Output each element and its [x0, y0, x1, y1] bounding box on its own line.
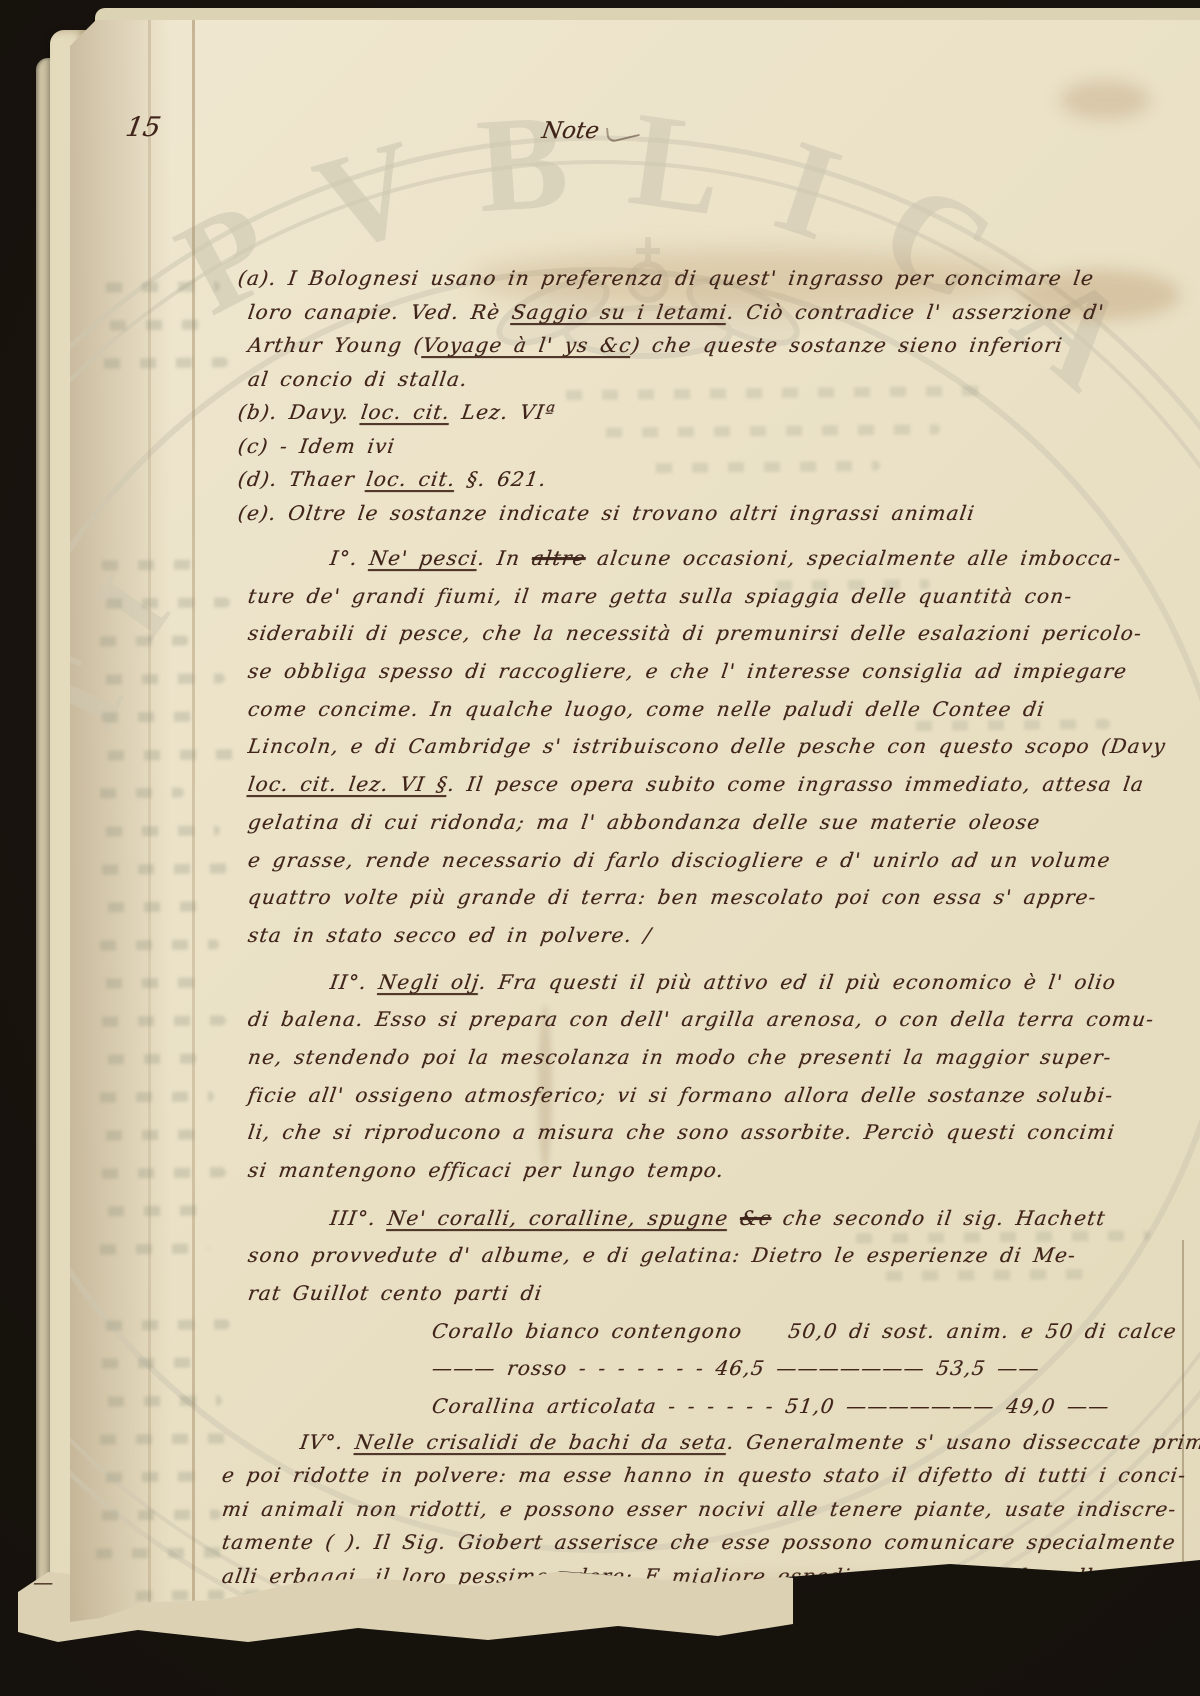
- text-segment: III°.: [328, 1206, 389, 1230]
- text-segment: Arthur Young (: [246, 333, 424, 357]
- bleed-through-line: [94, 636, 189, 647]
- text-segment: altre: [530, 546, 587, 570]
- text-line: si mantengono efficaci per lungo tempo.: [245, 1152, 1200, 1190]
- text-segment: 53,5 ——: [923, 1356, 1041, 1380]
- bleed-through-line: [100, 597, 230, 608]
- bleed-through-line: [96, 1509, 221, 1520]
- text-line: sta in stato secco ed in polvere. /: [245, 917, 1200, 955]
- table-coralli: Corallo bianco contengono50,0 di sost. a…: [222, 1313, 1200, 1426]
- notes-a-e: (a). I Bolognesi usano in preferenza di …: [222, 262, 1200, 530]
- text-segment: ture de' grandi fiumi, il mare getta sul…: [246, 584, 1074, 608]
- bleed-through-line: [100, 281, 220, 292]
- text-line: (d). Thaer loc. cit. §. 621.: [236, 463, 1200, 497]
- text-segment: si mantengono efficaci per lungo tempo.: [246, 1158, 726, 1182]
- text-segment: al concio di stalla.: [246, 367, 469, 391]
- page-number: 15: [123, 112, 163, 143]
- text-line: (c) - Idem ivi: [236, 430, 1200, 464]
- text-segment: (d). Thaer: [236, 467, 368, 491]
- text-segment: rat Guillot cento parti di: [246, 1281, 544, 1305]
- bleed-through-line: [96, 1167, 226, 1178]
- text-line: Lincoln, e di Cambridge s' istribuiscono…: [245, 728, 1200, 766]
- text-segment: Ne' coralli, coralline, spugne: [386, 1206, 730, 1230]
- text-segment: sono provvedute d' albume, e di gelatina…: [246, 1243, 1077, 1267]
- text-line: Corallina articolata - - - - - - 51,0 ——…: [429, 1388, 1200, 1426]
- text-segment: . Generalmente s' usano disseccate prima: [726, 1430, 1200, 1454]
- text-segment: ———————: [775, 1356, 927, 1380]
- manuscript-text: (a). I Bolognesi usano in preferenza di …: [222, 262, 1200, 1627]
- text-line: al concio di stalla.: [246, 363, 1200, 397]
- text-line: tamente ( ). Il Sig. Giobert asserisce c…: [220, 1526, 1200, 1560]
- bleed-through-line: [96, 711, 201, 722]
- bleed-through-line: [94, 1243, 209, 1254]
- text-line: ture de' grandi fiumi, il mare getta sul…: [245, 578, 1200, 616]
- bleed-through-line: [96, 559, 206, 570]
- text-segment: ——— rosso - - - - - - - 46,5: [430, 1356, 778, 1380]
- text-line: ficie all' ossigeno atmosferico; vi si f…: [245, 1077, 1200, 1115]
- text-segment: Lez. VIª: [449, 400, 558, 424]
- text-line: e grasse, rende necessario di farlo disc…: [245, 842, 1200, 880]
- text-line: mi animali non ridotti, e possono esser …: [220, 1493, 1200, 1527]
- text-line: IV°. Nelle crisalidi de bachi da seta. G…: [298, 1426, 1200, 1460]
- bleed-through-line: [100, 977, 210, 988]
- text-segment: che secondo il sig. Hachett: [770, 1206, 1108, 1230]
- text-segment: (e). Oltre le sostanze indicate si trova…: [236, 501, 976, 525]
- text-segment: §. 621.: [454, 467, 549, 491]
- page-heading: Note: [540, 118, 641, 144]
- text-segment: li, che si riproducono a misura che sono…: [246, 1120, 1116, 1144]
- text-line: (b). Davy. loc. cit. Lez. VIª: [236, 396, 1200, 430]
- bleed-through-line: [100, 1471, 200, 1482]
- text-segment: e grasse, rende necessario di farlo disc…: [246, 848, 1112, 872]
- bleed-through-line: [102, 1205, 202, 1216]
- text-segment: . Il pesce opera subito come ingrasso im…: [446, 772, 1146, 796]
- text-segment: IV°.: [298, 1430, 356, 1454]
- text-segment: (a). I Bolognesi usano in preferenza di …: [236, 266, 1095, 290]
- text-segment: . Fra questi il più attivo ed il più eco…: [478, 970, 1118, 994]
- text-segment: se obbliga spesso di raccogliere, e che …: [246, 659, 1128, 683]
- text-line: (e). Oltre le sostanze indicate si trova…: [236, 497, 1200, 531]
- bleed-through-line: [94, 788, 184, 799]
- bleed-through-line: [96, 1357, 201, 1368]
- bleed-through-line: [102, 1054, 197, 1065]
- bleed-through-line: [96, 863, 236, 874]
- bleed-through-line: [94, 939, 219, 950]
- text-segment: sta in stato secco ed in polvere. /: [246, 923, 653, 947]
- text-segment: Negli olj: [377, 970, 481, 994]
- photo-background: — PVBLICA TI: [0, 0, 1200, 1696]
- text-line: e poi ridotte in polvere: ma esse hanno …: [220, 1459, 1200, 1493]
- section-1-pesci: I°. Ne' pesci. In altre alcune occasioni…: [222, 540, 1200, 955]
- bleed-through-line: [102, 749, 237, 760]
- bleed-through-line: [96, 1015, 226, 1026]
- text-segment: (b). Davy.: [236, 400, 362, 424]
- text-line: di balena. Esso si prepara con dell' arg…: [245, 1001, 1200, 1039]
- text-segment: loc. cit.: [359, 400, 452, 424]
- text-line: II°. Negli olj. Fra questi il più attivo…: [327, 964, 1200, 1002]
- text-segment: ———————: [845, 1394, 997, 1418]
- text-segment: Corallo bianco contengono: [430, 1319, 744, 1343]
- text-segment: loc. cit. lez. VI §: [246, 772, 449, 796]
- bleed-through-line: [102, 901, 202, 912]
- bleed-through-line: [94, 1433, 229, 1444]
- text-line: Corallo bianco contengono50,0 di sost. a…: [429, 1313, 1200, 1351]
- section-2-olj: II°. Negli olj. Fra questi il più attivo…: [222, 964, 1200, 1190]
- text-segment: alcune occasioni, specialmente alle imbo…: [584, 546, 1123, 570]
- text-segment: ) che queste sostanze sieno inferiori: [630, 333, 1065, 357]
- text-segment: mi animali non ridotti, e possono esser …: [220, 1497, 1178, 1521]
- text-line: quattro volte più grande di terra: ben m…: [245, 879, 1200, 917]
- text-segment: ne, stendendo poi la mescolanza in modo …: [246, 1045, 1113, 1069]
- text-line: loc. cit. lez. VI §. Il pesce opera subi…: [245, 766, 1200, 804]
- text-segment: siderabili di pesce, che la necessità di…: [246, 621, 1143, 645]
- text-line: li, che si riproducono a misura che sono…: [245, 1114, 1200, 1152]
- text-line: sono provvedute d' albume, e di gelatina…: [245, 1237, 1200, 1275]
- text-segment: I°.: [328, 546, 371, 570]
- bleed-through-line: [104, 319, 204, 330]
- bleed-through-line: [102, 1395, 222, 1406]
- bleed-through-line: [90, 1547, 240, 1559]
- text-segment: loc. cit.: [365, 467, 458, 491]
- bleed-through-line: [100, 673, 225, 684]
- text-segment: Nelle crisalidi de bachi da seta: [353, 1430, 728, 1454]
- page-heading-label: Note: [540, 118, 601, 144]
- text-line: se obbliga spesso di raccogliere, e che …: [245, 653, 1200, 691]
- text-line: rat Guillot cento parti di: [245, 1275, 1200, 1313]
- bleed-through-line: [94, 1091, 214, 1102]
- text-segment: Ne' pesci: [368, 546, 480, 570]
- bleed-through-line: [98, 357, 228, 368]
- bleed-through-line: [100, 825, 220, 836]
- text-segment: 49,0 ——: [993, 1394, 1111, 1418]
- text-segment: &c: [738, 1206, 773, 1230]
- manuscript-page: PVBLICA TI 15 Note (a).: [70, 20, 1200, 1652]
- text-line: I°. Ne' pesci. In altre alcune occasioni…: [327, 540, 1200, 578]
- text-segment: gelatina di cui ridonda; ma l' abbondanz…: [246, 810, 1042, 834]
- text-segment: ficie all' ossigeno atmosferico; vi si f…: [246, 1083, 1115, 1107]
- text-segment: II°.: [328, 970, 380, 994]
- text-segment: Lincoln, e di Cambridge s' istribuiscono…: [246, 734, 1167, 758]
- text-line: (a). I Bolognesi usano in preferenza di …: [236, 262, 1200, 296]
- section-3-coralli: III°. Ne' coralli, coralline, spugne &c …: [222, 1200, 1200, 1313]
- stain: [1060, 80, 1150, 120]
- text-segment: (c) - Idem ivi: [236, 434, 396, 458]
- text-line: Arthur Young (Voyage à l' ys &c) che que…: [246, 329, 1200, 363]
- heading-scribble-mark: [606, 120, 640, 143]
- text-segment: . Ciò contradice l' asserzione d': [726, 300, 1106, 324]
- text-line: siderabili di pesce, che la necessità di…: [245, 615, 1200, 653]
- text-segment: tamente ( ). Il Sig. Giobert asserisce c…: [220, 1530, 1177, 1554]
- text-line: come concime. In qualche luogo, come nel…: [245, 691, 1200, 729]
- text-segment: loro canapie. Ved. Rè: [246, 300, 513, 324]
- text-segment: come concime. In qualche luogo, come nel…: [246, 697, 1046, 721]
- text-line: ——— rosso - - - - - - - 46,5 ——————— 53,…: [429, 1350, 1200, 1388]
- text-segment: di balena. Esso si prepara con dell' arg…: [246, 1007, 1156, 1031]
- text-segment: Saggio su i letami: [510, 300, 729, 324]
- text-segment: Corallina articolata - - - - - - 51,0: [430, 1394, 848, 1418]
- text-segment: quattro volte più grande di terra: ben m…: [246, 885, 1098, 909]
- text-line: gelatina di cui ridonda; ma l' abbondanz…: [245, 804, 1200, 842]
- text-line: loro canapie. Ved. Rè Saggio su i letami…: [246, 296, 1200, 330]
- text-segment: e poi ridotte in polvere: ma esse hanno …: [220, 1463, 1187, 1487]
- bleed-through-line: [100, 1129, 205, 1140]
- text-segment: 50,0 di sost. anim. e 50 di calce: [787, 1319, 1179, 1343]
- text-segment: Voyage à l' ys &c: [421, 333, 633, 357]
- text-segment: . In: [476, 546, 533, 570]
- gutter-crease-line: [192, 20, 195, 1652]
- text-line: III°. Ne' coralli, coralline, spugne &c …: [327, 1200, 1200, 1238]
- bleed-through-line: [100, 1319, 230, 1330]
- text-line: ne, stendendo poi la mescolanza in modo …: [245, 1039, 1200, 1077]
